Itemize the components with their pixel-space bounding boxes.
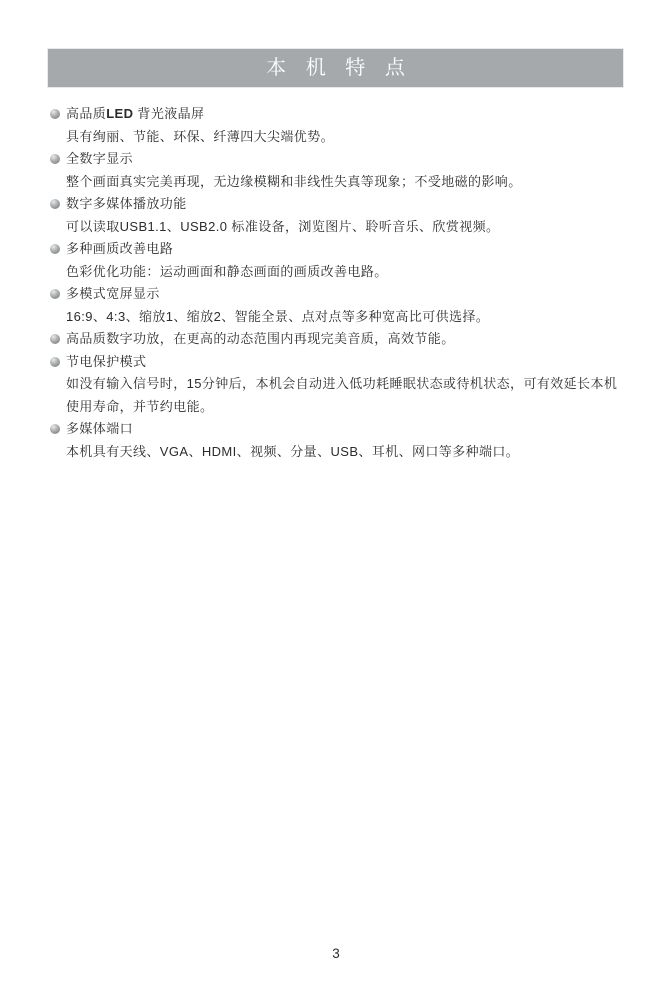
bullet-sphere-icon (50, 244, 60, 254)
feature-heading-tail-text: 背光液晶屏 (133, 106, 204, 121)
bullet-sphere-icon (50, 289, 60, 299)
feature-heading-text: 高品质 (66, 106, 106, 121)
feature-heading-text: 高品质数字功放，在更高的动态范围内再现完美音质，高效节能。 (66, 331, 455, 346)
feature-item: 全数字显示 整个画面真实完美再现，无边缘模糊和非线性失真等现象；不受地磁的影响。 (50, 148, 628, 193)
feature-item: 高品质LED 背光液晶屏 具有绚丽、节能、环保、纤薄四大尖端优势。 (50, 103, 628, 148)
bullet-sphere-icon (50, 424, 60, 434)
feature-heading: 多模式宽屏显示 (50, 283, 628, 306)
feature-heading-text: 数字多媒体播放功能 (66, 196, 187, 211)
feature-description: 色彩优化功能：运动画面和静态画面的画质改善电路。 (50, 261, 628, 284)
feature-heading: 节电保护模式 (50, 351, 628, 374)
feature-description: 可以读取USB1.1、USB2.0 标准设备，浏览图片、聆听音乐、欣赏视频。 (50, 216, 628, 239)
page-number: 3 (0, 946, 672, 961)
feature-item: 多种画质改善电路 色彩优化功能：运动画面和静态画面的画质改善电路。 (50, 238, 628, 283)
feature-heading-text: 节电保护模式 (66, 354, 146, 369)
feature-description: 本机具有天线、VGA、HDMI、视频、分量、USB、耳机、网口等多种端口。 (50, 441, 628, 464)
feature-heading: 多媒体端口 (50, 418, 628, 441)
feature-description: 如没有输入信号时，15分钟后，本机会自动进入低功耗睡眠状态或待机状态，可有效延长… (50, 373, 628, 418)
bullet-sphere-icon (50, 154, 60, 164)
feature-description: 整个画面真实完美再现，无边缘模糊和非线性失真等现象；不受地磁的影响。 (50, 171, 628, 194)
feature-description: 16:9、4:3、缩放1、缩放2、智能全景、点对点等多种宽高比可供选择。 (50, 306, 628, 329)
feature-description: 具有绚丽、节能、环保、纤薄四大尖端优势。 (50, 126, 628, 149)
feature-heading: 多种画质改善电路 (50, 238, 628, 261)
page-title: 本 机 特 点 (48, 49, 623, 87)
feature-heading-bold-text: LED (106, 106, 133, 121)
feature-heading: 全数字显示 (50, 148, 628, 171)
feature-heading: 数字多媒体播放功能 (50, 193, 628, 216)
feature-item: 数字多媒体播放功能 可以读取USB1.1、USB2.0 标准设备，浏览图片、聆听… (50, 193, 628, 238)
bullet-sphere-icon (50, 199, 60, 209)
feature-item: 多媒体端口 本机具有天线、VGA、HDMI、视频、分量、USB、耳机、网口等多种… (50, 418, 628, 463)
feature-list: 高品质LED 背光液晶屏 具有绚丽、节能、环保、纤薄四大尖端优势。 全数字显示 … (50, 103, 628, 463)
feature-heading-text: 全数字显示 (66, 151, 133, 166)
feature-item: 节电保护模式 如没有输入信号时，15分钟后，本机会自动进入低功耗睡眠状态或待机状… (50, 351, 628, 419)
feature-heading-text: 多模式宽屏显示 (66, 286, 160, 301)
bullet-sphere-icon (50, 357, 60, 367)
section-title-banner: 本 机 特 点 (47, 48, 624, 88)
feature-heading-text: 多媒体端口 (66, 421, 133, 436)
bullet-sphere-icon (50, 334, 60, 344)
feature-heading: 高品质LED 背光液晶屏 (50, 103, 628, 126)
feature-heading-text: 多种画质改善电路 (66, 241, 173, 256)
feature-item: 多模式宽屏显示 16:9、4:3、缩放1、缩放2、智能全景、点对点等多种宽高比可… (50, 283, 628, 328)
feature-item: 高品质数字功放，在更高的动态范围内再现完美音质，高效节能。 (50, 328, 628, 351)
feature-heading: 高品质数字功放，在更高的动态范围内再现完美音质，高效节能。 (50, 328, 628, 351)
bullet-sphere-icon (50, 109, 60, 119)
